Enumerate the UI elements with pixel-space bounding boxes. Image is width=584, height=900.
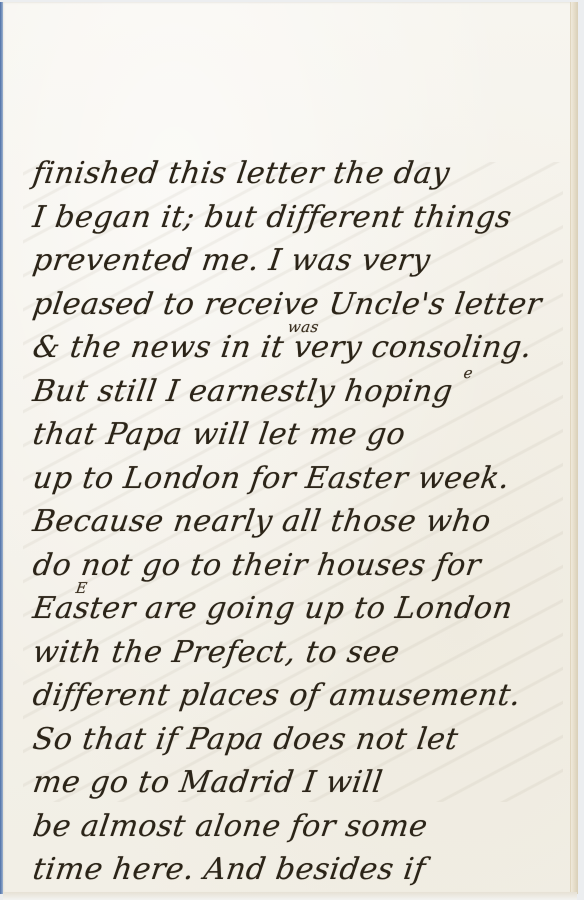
letter-line-6: But still I earnestly hoping e: [30, 370, 576, 414]
letter-body: finished this letter the day I began it;…: [30, 152, 570, 892]
letter-line-17: time here. And besides if: [30, 848, 576, 892]
inserted-word-was: was: [287, 320, 320, 335]
letter-line-2: I began it; but different things: [30, 196, 576, 240]
letter-line-11: Easter are going up to London E: [30, 587, 576, 631]
page-edge-bottom: [3, 892, 577, 900]
correction-mark: e: [463, 366, 474, 381]
letter-line-16: be almost alone for some: [30, 805, 576, 849]
letter-line-3: prevented me. I was very: [30, 239, 576, 283]
letter-line-14: So that if Papa does not let: [30, 718, 576, 762]
letter-line-8: up to London for Easter week.: [30, 457, 576, 501]
scanned-page: finished this letter the day I began it;…: [0, 0, 584, 900]
letter-line-7: that Papa will let me go: [30, 413, 576, 457]
letter-line-12: with the Prefect, to see: [30, 631, 576, 675]
letter-line-15: me go to Madrid I will: [30, 761, 576, 805]
letter-line-9: Because nearly all those who: [30, 500, 576, 544]
letter-line-10: do not go to their houses for: [30, 544, 576, 588]
correction-mark: E: [75, 581, 89, 596]
letter-line-5: & the news in it very consoling. was: [30, 326, 576, 370]
letter-line-1: finished this letter the day: [30, 152, 576, 196]
letter-line-13: different places of amusement.: [30, 674, 576, 718]
